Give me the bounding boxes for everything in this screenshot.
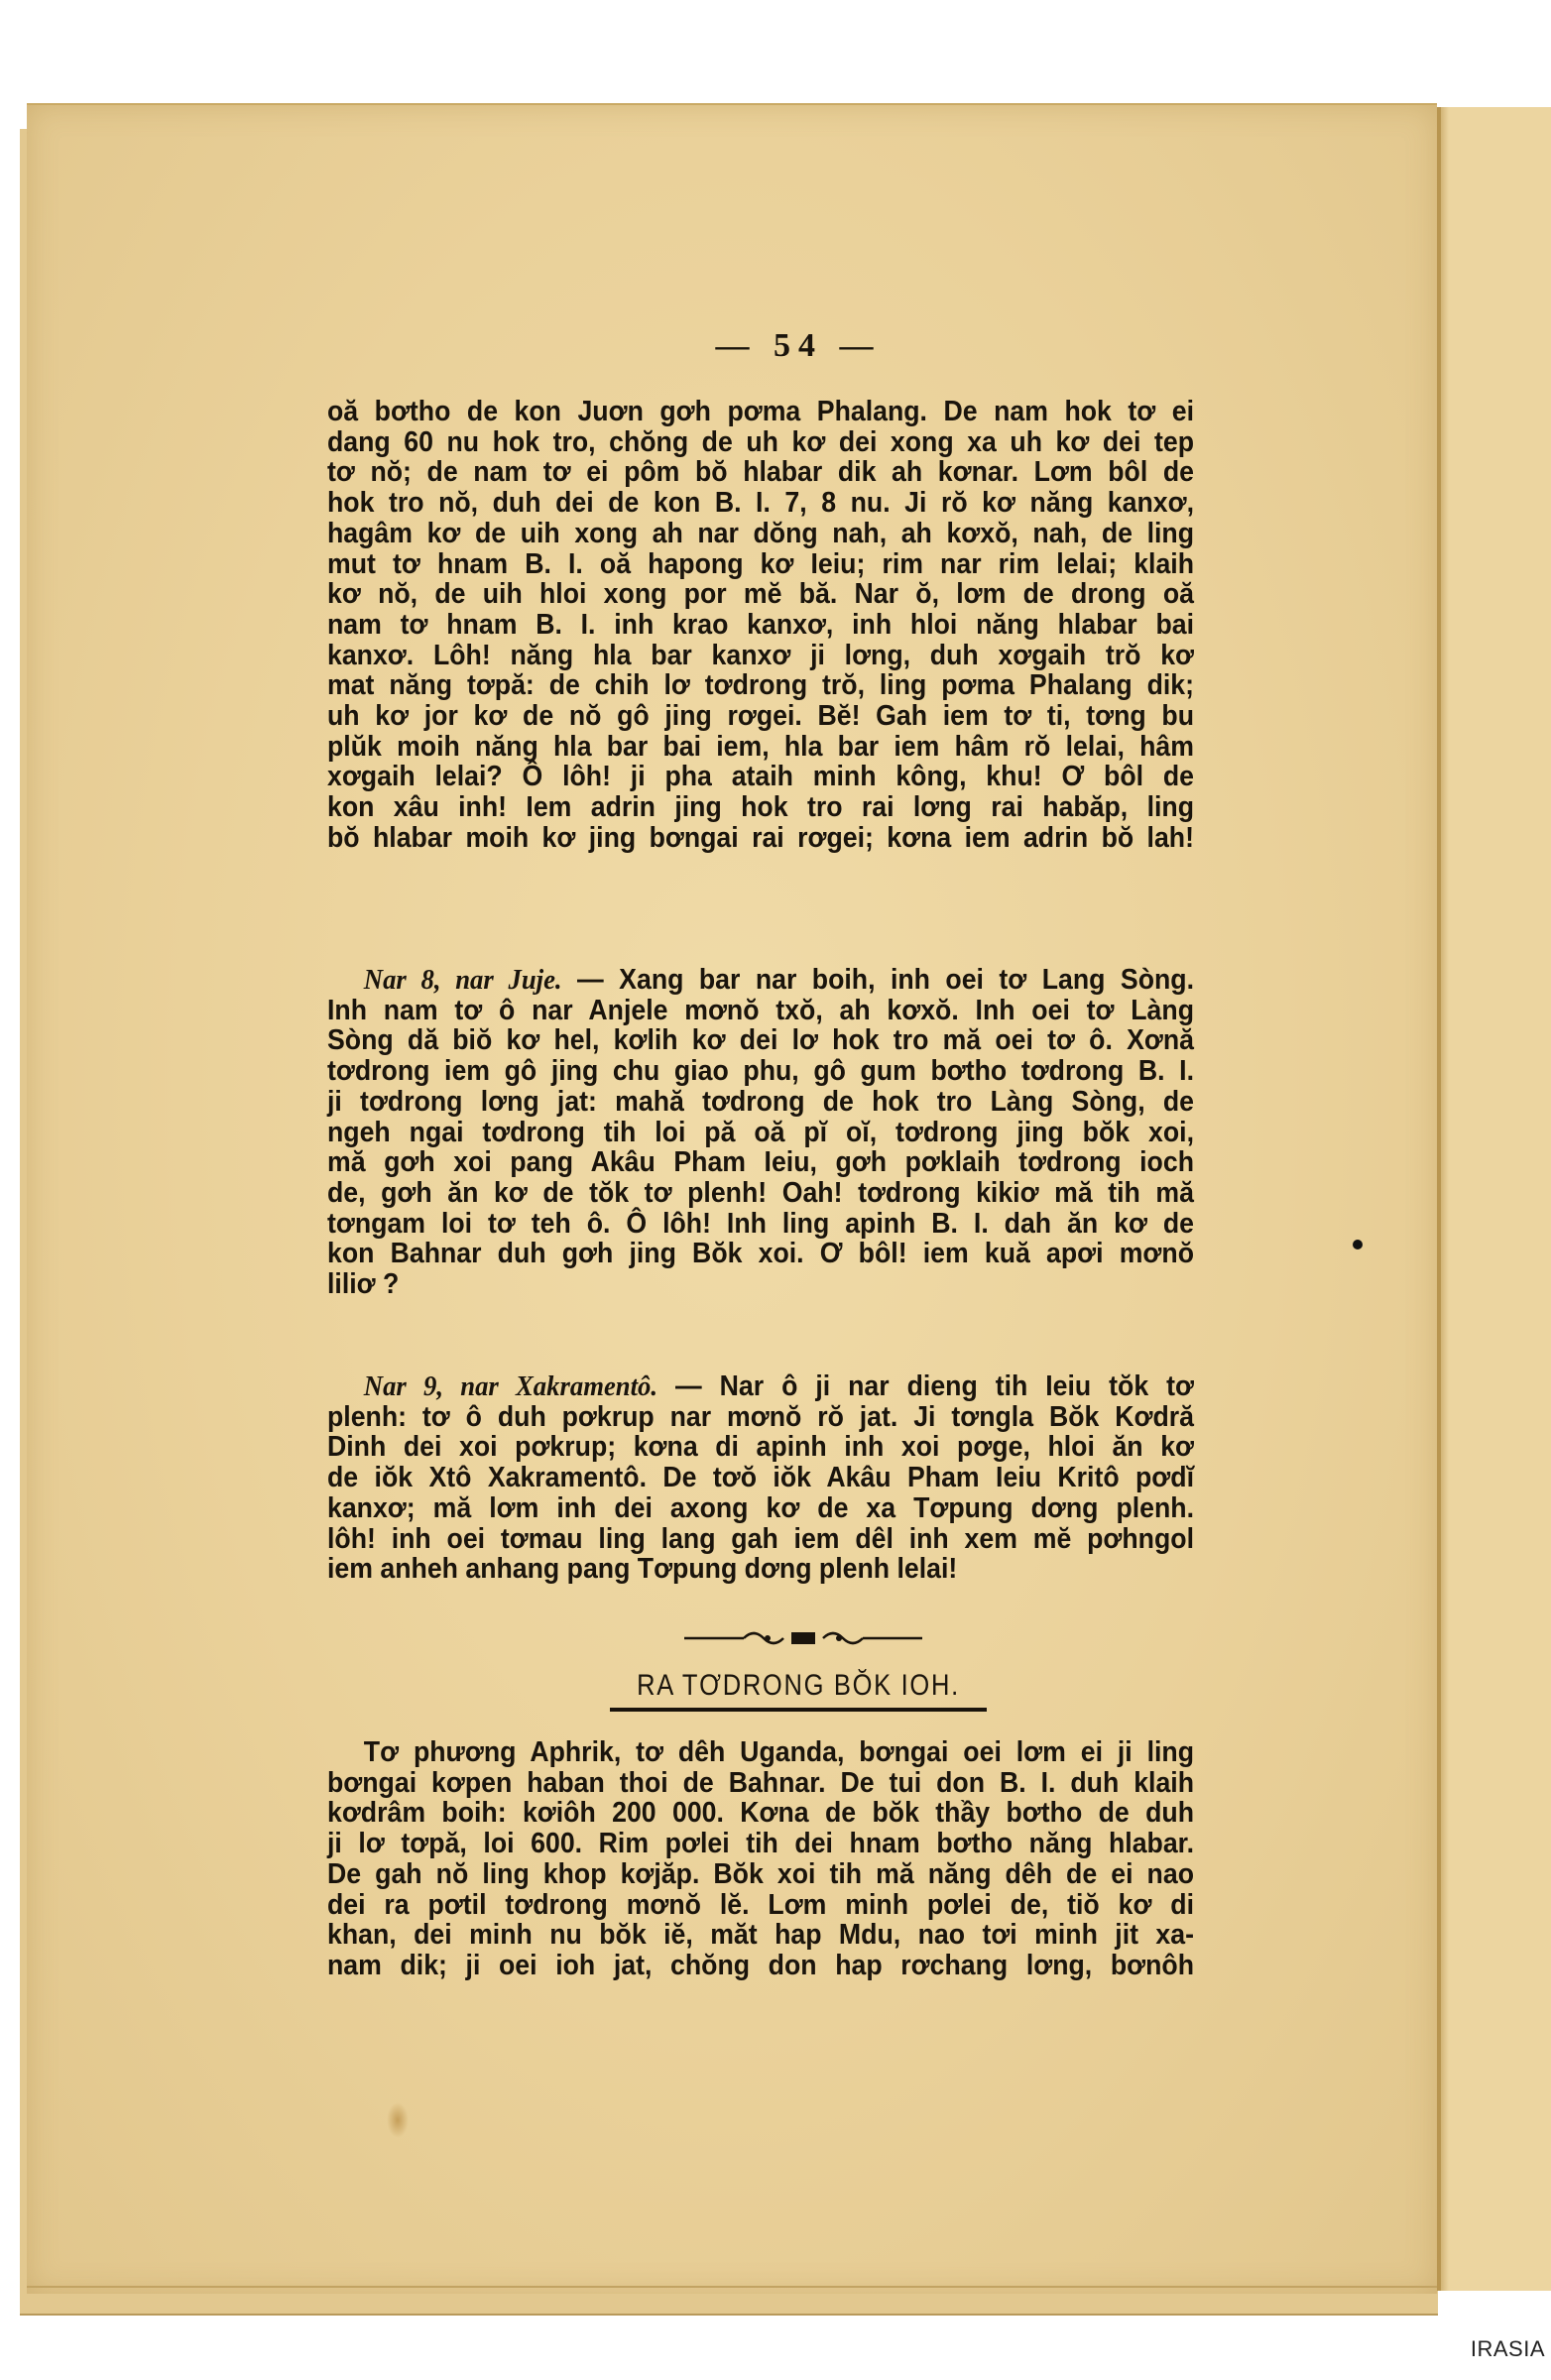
text-line: kơdrâm boih: kơiôh 200 000. Kơna de bŏk … [327,1798,1194,1829]
text-line: Nar 8, nar Juje. — Xang bar nar boih, in… [327,965,1194,996]
text-line: lôh! inh oei tơmau ling lang gah iem dêl… [327,1524,1194,1555]
paragraph-4: Tơ phương Aphrik, tơ dêh Uganda, bơngai … [327,1737,1194,1981]
page-number: — 54 — [327,327,1269,365]
text-line: ngeh ngai tơdrong tih loi pă oă pĭ oĭ, t… [327,1118,1194,1148]
text-line: tơdrong iem gô jing chu giao phu, gô gum… [327,1056,1194,1087]
text-run: — Xang bar nar boih, inh oei tơ Lang Sòn… [577,964,1194,996]
section-title: RA TƠDRONG BŎK IOH. [398,1669,1199,1703]
text-line: hok tro nŏ, duh dei de kon B. I. 7, 8 nu… [327,488,1194,519]
text-line: de iŏk Xtô Xakramentô. De tơŏ iŏk Akâu P… [327,1463,1194,1493]
paragraph-3: Nar 9, nar Xakramentô. — Nar ô ji nar di… [327,1371,1194,1585]
text-line: Tơ phương Aphrik, tơ dêh Uganda, bơngai … [327,1737,1194,1768]
text-line: Inh nam tơ ô nar Anjele mơnŏ txŏ, ah kơx… [327,996,1194,1026]
entry-heading: Nar 9, nar Xakramentô. [364,1370,657,1402]
text-line: Nar 9, nar Xakramentô. — Nar ô ji nar di… [327,1371,1194,1402]
adjacent-page-edge [1440,107,1551,2291]
paragraph-1: oă bơtho de kon Juơn gơh pơma Phalang. D… [327,397,1194,854]
text-line: iem anheh anhang pang Tơpung dơng plenh … [327,1554,1194,1585]
ornament-divider-icon [684,1626,922,1650]
text-line: plenh: tơ ô duh pơkrup nar mơnŏ rŏ jat. … [327,1402,1194,1433]
text-line: kơ nŏ, de uih hloi xong por mĕ bă. Nar ŏ… [327,579,1194,610]
text-line: Dinh dei xoi pơkrup; kơna di apinh inh x… [327,1432,1194,1463]
text-line: kanxơ. Lôh! năng hla bar kanxơ ji lơng, … [327,641,1194,671]
text-line: bŏ hlabar moih kơ jing bơngai rai rơgei;… [327,823,1194,854]
text-line: uh kơ jor kơ de nŏ gô jing rơgei. Bĕ! Ga… [327,701,1194,732]
page-fold [1437,107,1441,2291]
text-line: liliơ ? [327,1269,1194,1300]
text-line: khan, dei minh nu bŏk iĕ, măt hap Mdu, n… [327,1920,1194,1951]
paragraph-2: Nar 8, nar Juje. — Xang bar nar boih, in… [327,965,1194,1300]
text-line: dei ra pơtil tơdrong mơnŏ lĕ. Lơm minh p… [327,1890,1194,1921]
text-line: kon xâu inh! Iem adrin jing hok tro rai … [327,792,1194,823]
text-line: ji lơ tơpă, loi 600. Rim pơlei tih dei h… [327,1829,1194,1859]
page-edge-line [27,2286,1437,2288]
text-line: oă bơtho de kon Juơn gơh pơma Phalang. D… [327,397,1194,427]
text-line: kanxơ; mă lơm inh dei axong kơ de xa Tơp… [327,1493,1194,1524]
section-underline [610,1708,987,1712]
text-line: dang 60 nu hok tro, chŏng de uh kơ dei x… [327,427,1194,458]
text-line: mut tơ hnam B. I. oă hapong kơ Ieiu; rim… [327,549,1194,580]
text-line: ji tơdrong lơng jat: mahă tơdrong de hok… [327,1087,1194,1118]
text-run: — Nar ô ji nar dieng tih Ieiu tŏk tơ [675,1370,1194,1402]
text-line: Sòng dă biŏ kơ hel, kơlih kơ dei lơ hok … [327,1025,1194,1056]
paper-stain [387,2102,409,2138]
ink-spot [1353,1240,1363,1249]
text-line: mă gơh xoi pang Akâu Pham Ieiu, gơh pơkl… [327,1147,1194,1178]
watermark-label: IRASIA [1471,2336,1545,2362]
text-line: tơ nŏ; de nam tơ ei pôm bŏ hlabar dik ah… [327,457,1194,488]
text-line: mat năng tơpă: de chih lơ tơdrong trŏ, l… [327,670,1194,701]
text-line: bơngai kơpen haban thoi de Bahnar. De tu… [327,1768,1194,1799]
text-line: tơngam loi tơ teh ô. Ô lôh! Inh ling api… [327,1209,1194,1240]
text-line: nam dik; ji oei ioh jat, chŏng don hap r… [327,1951,1194,1981]
text-line: plŭk moih năng hla bar bai iem, hla bar … [327,732,1194,763]
entry-heading: Nar 8, nar Juje. [364,964,562,996]
text-line: De gah nŏ ling khop kơjăp. Bŏk xoi tih m… [327,1859,1194,1890]
text-line: hagâm kơ de uih xong ah nar dŏng nah, ah… [327,519,1194,549]
text-line: kon Bahnar duh gơh jing Bŏk xoi. Ơ bôl! … [327,1239,1194,1269]
text-line: de, gơh ăn kơ de tŏk tơ plenh! Oah! tơdr… [327,1178,1194,1209]
text-line: nam tơ hnam B. I. inh krao kanxơ, inh hl… [327,610,1194,641]
text-line: xơgaih lelai? Ô lôh! ji pha ataih minh k… [327,762,1194,792]
